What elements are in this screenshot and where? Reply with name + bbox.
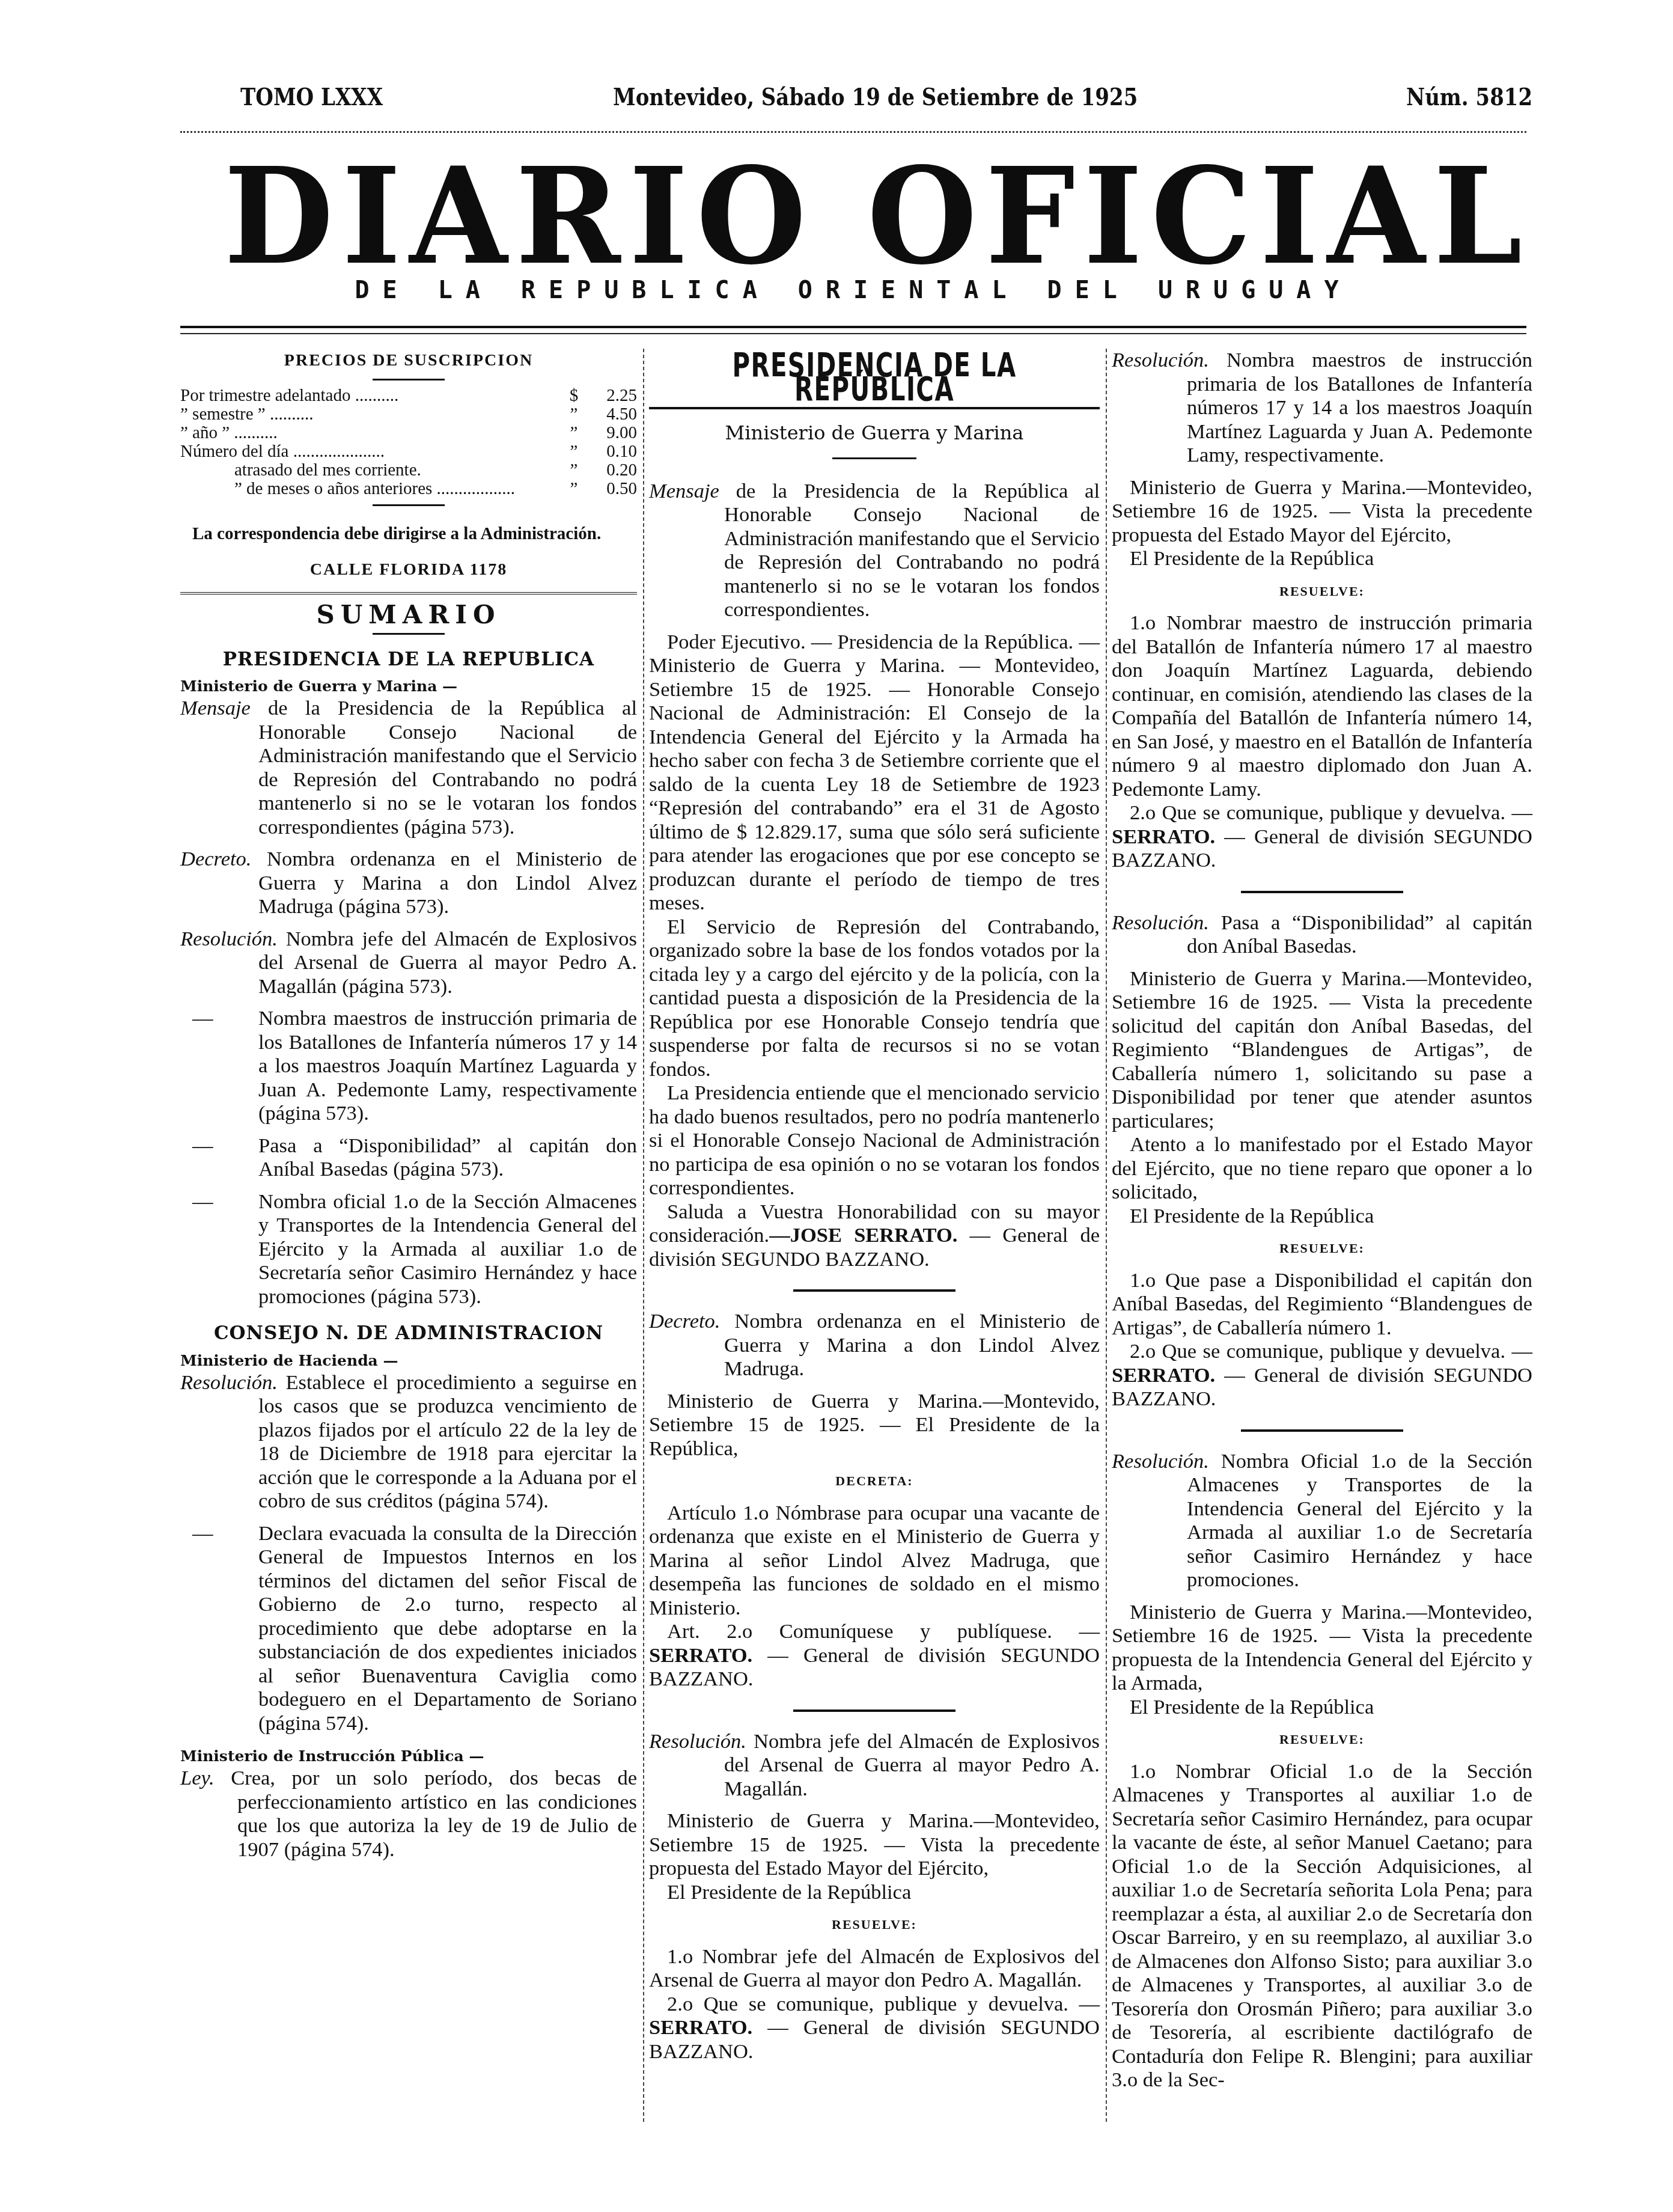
entry-text: Nombra maestros de instrucción primaria … — [258, 1007, 637, 1125]
resolution-item: 2.o Que se comunique, publique y devuelv… — [1112, 1340, 1532, 1411]
price-value: 0.20 — [589, 461, 637, 480]
price-row: Por trimestre adelantado ..........$2.25 — [180, 386, 637, 405]
preamble: Ministerio de Guerra y Marina.—Montevido… — [649, 1390, 1100, 1461]
president-line: El Presidente de la República — [1112, 547, 1532, 571]
sumario-ministry: Ministerio de Hacienda — — [180, 1351, 637, 1371]
correspondence-note: La correspondencia debe dirigirse a la A… — [180, 524, 637, 543]
article-2: Art. 2.o Comuníquese y publíquese. — SER… — [649, 1620, 1100, 1691]
article-kind: Resolución. — [1112, 349, 1209, 371]
entry-text: Establece el procedimiento a seguirse en… — [258, 1371, 637, 1513]
price-label: Por trimestre adelantado .......... — [180, 386, 559, 405]
resolution-item: 1.o Nombrar maestro de instrucción prima… — [1112, 611, 1532, 801]
divider — [793, 1289, 955, 1292]
article-kind: Mensaje — [649, 480, 719, 503]
signature: —JOSE SERRATO. — [769, 1224, 957, 1247]
price-label: atrasado del mes corriente. — [180, 461, 559, 480]
preamble: Ministerio de Guerra y Marina.—Montevide… — [649, 1809, 1100, 1881]
signature: SERRATO. — [1112, 1364, 1215, 1387]
article-1: Artículo 1.o Nómbrase para ocupar una va… — [649, 1502, 1100, 1621]
divider — [373, 379, 445, 380]
column-right: Resolución. Nombra maestros de instrucci… — [1106, 349, 1532, 2122]
masthead-title: DIARIO OFICIAL — [216, 144, 1538, 289]
price-row: ” de meses o años anteriores ...........… — [180, 480, 637, 498]
entry-text: Nombra ordenanza en el Ministerio de Gue… — [258, 848, 637, 918]
president-line: El Presidente de la República — [649, 1881, 1100, 1905]
preamble: Ministerio de Guerra y Marina.—Montevide… — [1112, 967, 1532, 1134]
subscription-prices-box: PRECIOS DE SUSCRIPCION Por trimestre ade… — [180, 349, 637, 581]
paragraph: Poder Ejecutivo. — Presidencia de la Rep… — [649, 631, 1100, 915]
sumario-section-heading: PRESIDENCIA DE LA REPUBLICA — [180, 648, 637, 672]
price-row: Número del día .....................”0.1… — [180, 442, 637, 461]
price-value: 0.10 — [589, 442, 637, 461]
issue-number: Núm. 5812 — [1406, 83, 1532, 111]
sumario-ministry: Ministerio de Guerra y Marina — — [180, 676, 637, 697]
price-currency: ” — [559, 480, 589, 498]
divider — [793, 1709, 955, 1712]
divider — [373, 504, 445, 506]
resuelve-heading: RESUELVE: — [649, 1913, 1100, 1937]
divider — [1241, 1429, 1403, 1432]
resolution-item: 2.o Que se comunique, publique y devuelv… — [649, 1993, 1100, 2064]
entry-text: Declara evacuada la consulta de la Direc… — [258, 1522, 637, 1735]
price-currency: ” — [559, 405, 589, 424]
paragraph: El Servicio de Represión del Contrabando… — [649, 915, 1100, 1082]
article-mensaje: Mensaje de la Presidencia de la Repúblic… — [649, 480, 1100, 1272]
article-resolucion: Resolución. Nombra jefe del Almacén de E… — [649, 1730, 1100, 2064]
entry-kind: Resolución. — [180, 927, 278, 950]
preamble: Ministerio de Guerra y Marina.—Montevide… — [1112, 476, 1532, 548]
resolution-item: 1.o Nombrar jefe del Almacén de Explosiv… — [649, 1945, 1100, 1993]
volume-number: TOMO LXXX — [240, 83, 383, 111]
issue-date: Montevideo, Sábado 19 de Setiembre de 19… — [613, 83, 1138, 111]
entry-kind: Mensaje — [180, 697, 251, 720]
entry-text: Nombra oficial 1.o de la Sección Almacen… — [258, 1190, 637, 1308]
item-text: 2.o Que se comunique, publique y devuelv… — [667, 1993, 1100, 2015]
article-decreto: Decreto. Nombra ordenanza en el Minister… — [649, 1310, 1100, 1691]
resuelve-heading: RESUELVE: — [1112, 1236, 1532, 1260]
price-value: 2.25 — [589, 386, 637, 405]
entry-text: de la Presidencia de la República al Hon… — [258, 697, 637, 839]
price-currency: ” — [559, 442, 589, 461]
sumario-entry: Declara evacuada la consulta de la Direc… — [180, 1522, 637, 1736]
president-line: El Presidente de la República — [1112, 1696, 1532, 1720]
article-resolucion-maestros: Resolución. Nombra maestros de instrucci… — [1112, 349, 1532, 873]
item-text: 2.o Que se comunique, publique y devuelv… — [1130, 801, 1532, 824]
summary-text: Nombra maestros de instrucción primaria … — [1187, 349, 1532, 466]
resolution-item: 1.o Nombrar Oficial 1.o de la Sección Al… — [1112, 1760, 1532, 2092]
signature: SERRATO. — [649, 1644, 752, 1667]
entry-kind: Resolución. — [180, 1371, 278, 1394]
address: CALLE FLORIDA 1178 — [180, 558, 637, 582]
article-kind: Resolución. — [649, 1730, 746, 1753]
entry-text: Nombra jefe del Almacén de Explosivos de… — [258, 927, 637, 998]
price-row: ” año ” ..........”9.00 — [180, 424, 637, 442]
price-label: ” año ” .......... — [180, 424, 559, 442]
dateline: TOMO LXXX Montevideo, Sábado 19 de Setie… — [240, 83, 1532, 125]
item-text: 2.o Que se comunique, publique y devuelv… — [1130, 1340, 1532, 1363]
resolution-item: 1.o Que pase a Disponibilidad el capitán… — [1112, 1269, 1532, 1340]
sumario-entry: Resolución. Nombra jefe del Almacén de E… — [180, 927, 637, 999]
article-summary: Mensaje de la Presidencia de la Repúblic… — [649, 480, 1100, 622]
resuelve-heading: RESUELVE: — [1112, 579, 1532, 603]
section-title: PRESIDENCIA DE LA REPÚBLICA — [712, 353, 1037, 401]
article-summary: Resolución. Nombra maestros de instrucci… — [1112, 349, 1532, 468]
price-value: 4.50 — [589, 405, 637, 424]
price-value: 0.50 — [589, 480, 637, 498]
resolution-item: 2.o Que se comunique, publique y devuelv… — [1112, 801, 1532, 873]
article-summary: Decreto. Nombra ordenanza en el Minister… — [649, 1310, 1100, 1381]
divider — [1241, 891, 1403, 893]
price-row: ” semestre ” ..........”4.50 — [180, 405, 637, 424]
summary-text: Nombra ordenanza en el Ministerio de Gue… — [724, 1310, 1100, 1380]
price-label: ” de meses o años anteriores ...........… — [180, 480, 559, 498]
sumario-entry: Pasa a “Disponibilidad” al capitán don A… — [180, 1134, 637, 1182]
sumario-entry: Nombra oficial 1.o de la Sección Almacen… — [180, 1190, 637, 1309]
price-currency: ” — [559, 461, 589, 480]
price-currency: $ — [559, 386, 589, 405]
sumario-entry: Decreto. Nombra ordenanza en el Minister… — [180, 848, 637, 919]
summary-text: de la Presidencia de la República al Hon… — [724, 480, 1100, 622]
article-resolucion-oficial: Resolución. Nombra Oficial 1.o de la Sec… — [1112, 1450, 1532, 2092]
article-summary: Resolución. Nombra jefe del Almacén de E… — [649, 1730, 1100, 1801]
sumario: SUMARIO PRESIDENCIA DE LA REPUBLICA Mini… — [180, 603, 637, 1862]
sumario-title: SUMARIO — [180, 603, 637, 627]
preamble: Ministerio de Guerra y Marina.—Montevide… — [1112, 1601, 1532, 1696]
summary-text: Nombra Oficial 1.o de la Sección Almacen… — [1187, 1450, 1532, 1592]
price-currency: ” — [559, 424, 589, 442]
entry-kind: Decreto. — [180, 848, 251, 870]
entry-kind: Ley. — [180, 1767, 215, 1789]
price-label: ” semestre ” .......... — [180, 405, 559, 424]
masthead-double-rule — [180, 326, 1526, 334]
article-summary: Resolución. Pasa a “Disponibilidad” al c… — [1112, 911, 1532, 959]
resuelve-heading: RESUELVE: — [1112, 1728, 1532, 1752]
article-resolucion-disponibilidad: Resolución. Pasa a “Disponibilidad” al c… — [1112, 911, 1532, 1411]
divider — [180, 592, 637, 594]
price-label: Número del día ..................... — [180, 442, 559, 461]
signature: SERRATO. — [1112, 825, 1215, 848]
sumario-entry: Mensaje de la Presidencia de la Repúblic… — [180, 697, 637, 839]
summary-text: Nombra jefe del Almacén de Explosivos de… — [724, 1730, 1100, 1800]
divider — [373, 633, 445, 635]
sumario-entry: Nombra maestros de instrucción primaria … — [180, 1007, 637, 1126]
article-kind: Decreto. — [649, 1310, 720, 1333]
sumario-entry: Resolución. Establece el procedimiento a… — [180, 1371, 637, 1514]
atento-line: Atento a lo manifestado por el Estado Ma… — [1112, 1133, 1532, 1205]
divider — [832, 457, 916, 459]
price-value: 9.00 — [589, 424, 637, 442]
closing: Saluda a Vuestra Honorabilidad con su ma… — [649, 1200, 1100, 1272]
president-line: El Presidente de la República — [1112, 1205, 1532, 1229]
article-kind: Resolución. — [1112, 1450, 1209, 1473]
article-kind: Resolución. — [1112, 911, 1209, 934]
column-middle: PRESIDENCIA DE LA REPÚBLICA Ministerio d… — [643, 349, 1100, 2122]
masthead-subtitle: DE LA REPUBLICA ORIENTAL DEL URUGUAY — [180, 276, 1526, 304]
column-left: PRECIOS DE SUSCRIPCION Por trimestre ade… — [180, 349, 637, 1870]
signature: SERRATO. — [649, 2016, 752, 2039]
prices-title: PRECIOS DE SUSCRIPCION — [180, 349, 637, 373]
summary-text: Pasa a “Disponibilidad” al capitán don A… — [1187, 911, 1532, 958]
price-row: atrasado del mes corriente.”0.20 — [180, 461, 637, 480]
ministry-heading: Ministerio de Guerra y Marina — [649, 421, 1100, 445]
entry-text: Crea, por un solo período, dos becas de … — [231, 1767, 637, 1861]
entry-text: Pasa a “Disponibilidad” al capitán don A… — [258, 1134, 637, 1181]
article-2-text: Art. 2.o Comuníquese y publíquese. — — [667, 1620, 1100, 1643]
sumario-section-heading: CONSEJO N. DE ADMINISTRACION — [180, 1322, 637, 1346]
sumario-entry: Ley. Crea, por un solo período, dos beca… — [180, 1767, 637, 1862]
header-rule — [180, 131, 1526, 133]
prices-table: Por trimestre adelantado ..........$2.25… — [180, 386, 637, 498]
paragraph: La Presidencia entiende que el mencionad… — [649, 1081, 1100, 1200]
sumario-ministry: Ministerio de Instrucción Pública — — [180, 1746, 637, 1767]
decreta-heading: DECRETA: — [649, 1469, 1100, 1493]
article-summary: Resolución. Nombra Oficial 1.o de la Sec… — [1112, 1450, 1532, 1592]
